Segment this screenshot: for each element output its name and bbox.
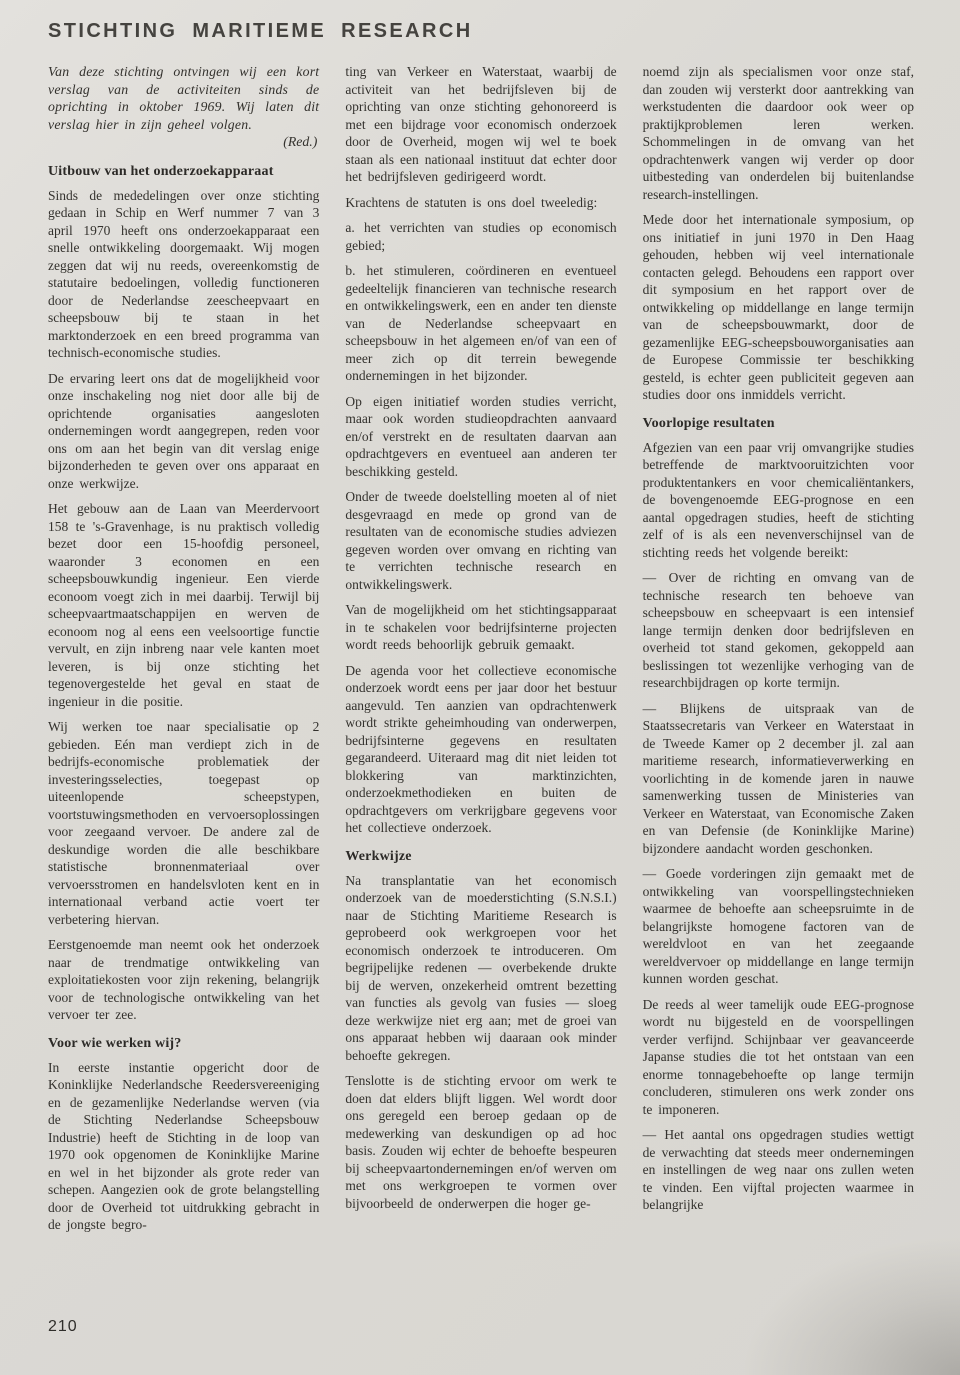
intro-signature: (Red.) [48,133,319,151]
section-heading: Werkwijze [345,849,616,865]
paragraph: Na transplantatie van het economisch ond… [345,872,616,1065]
paragraph: b. het stimuleren, coördineren en eventu… [345,262,616,385]
paragraph: Het gebouw aan de Laan van Meerdervoort … [48,500,319,710]
paragraph: De reeds al weer tamelijk oude EEG-progn… [643,996,914,1119]
paragraph: — Het aantal ons opgedragen studies wett… [643,1126,914,1214]
scan-corner-shadow [740,1235,960,1375]
column-1: Van deze stichting ontvingen wij een kor… [48,63,319,1234]
paragraph: noemd zijn als specialismen voor onze st… [643,63,914,203]
paragraph: Tenslotte is de stichting ervoor om werk… [345,1072,616,1212]
paragraph: Afgezien van een paar vrij omvangrijke s… [643,439,914,562]
paragraph: — Over de richting en omvang van de tech… [643,569,914,692]
paragraph: De ervaring leert ons dat de mogelijkhei… [48,370,319,493]
section-heading: Uitbouw van het onderzoekapparaat [48,164,319,180]
page-number: 210 [48,1318,78,1336]
paragraph: Sinds de mededelingen over onze stichtin… [48,187,319,362]
paragraph: In eerste instantie opgericht door de Ko… [48,1059,319,1234]
intro-block: Van deze stichting ontvingen wij een kor… [48,63,319,151]
paragraph: a. het verrichten van studies op economi… [345,219,616,254]
section-heading: Voorlopige resultaten [643,416,914,432]
intro-text: Van deze stichting ontvingen wij een kor… [48,63,319,133]
column-3: noemd zijn als specialismen voor onze st… [643,63,914,1234]
paragraph: De agenda voor het collectieve economisc… [345,662,616,837]
paragraph: Krachtens de statuten is ons doel tweele… [345,194,616,212]
paragraph: — Goede vorderingen zijn gemaakt met de … [643,865,914,988]
article-title: STICHTING MARITIEME RESEARCH [48,20,914,43]
section-heading: Voor wie werken wij? [48,1036,319,1052]
paragraph: Van de mogelijkheid om het stichtingsapp… [345,601,616,654]
column-2: ting van Verkeer en Waterstaat, waarbij … [345,63,616,1234]
paragraph: Eerstgenoemde man neemt ook het onderzoe… [48,936,319,1024]
paragraph: Op eigen initiatief worden studies verri… [345,393,616,481]
paragraph: Mede door het internationale symposium, … [643,211,914,404]
paragraph: — Blijkens de uitspraak van de Staatssec… [643,700,914,858]
magazine-page: STICHTING MARITIEME RESEARCH Van deze st… [0,0,960,1375]
paragraph: Wij werken toe naar specialisatie op 2 g… [48,718,319,928]
paragraph: Onder de tweede doelstelling moeten al o… [345,488,616,593]
paragraph: ting van Verkeer en Waterstaat, waarbij … [345,63,616,186]
columns-container: Van deze stichting ontvingen wij een kor… [48,63,914,1234]
